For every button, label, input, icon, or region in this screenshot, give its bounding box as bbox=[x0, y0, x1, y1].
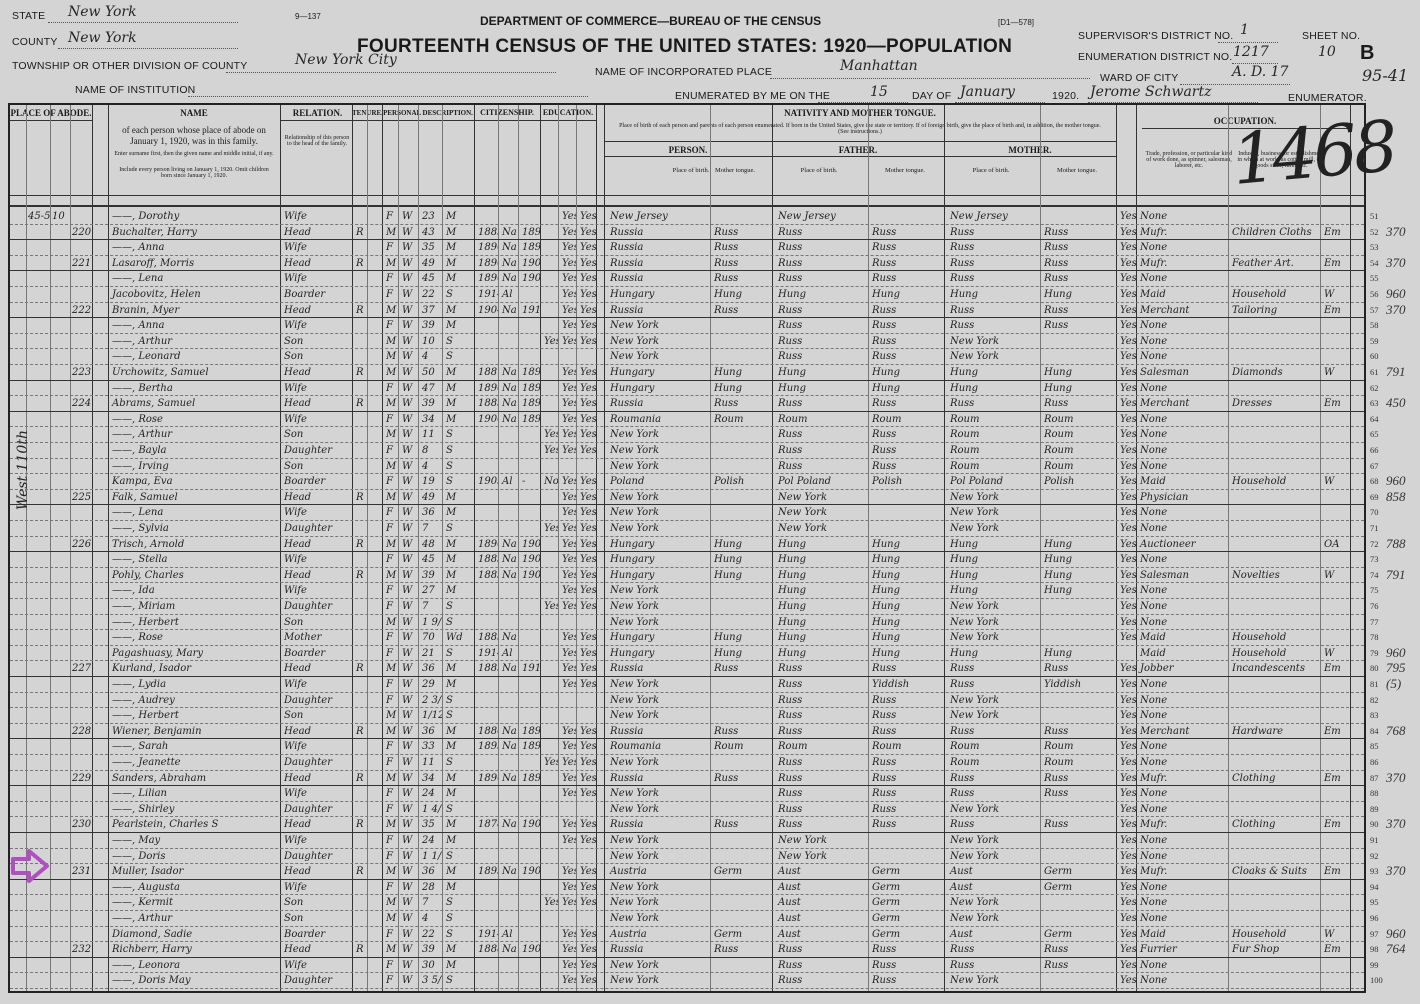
cell-race: W bbox=[400, 755, 418, 770]
cell-nat: Na bbox=[500, 630, 518, 645]
cell-name: ——, Leonard bbox=[110, 349, 280, 364]
cell-pob: New York bbox=[608, 833, 710, 848]
cell-mmt bbox=[1042, 973, 1116, 988]
cell-sex: M bbox=[384, 365, 398, 380]
cell-imm: 1886 bbox=[476, 724, 498, 739]
cell-dwelling bbox=[50, 646, 70, 661]
cell-fmt: Russ bbox=[870, 427, 944, 442]
cell-tenure bbox=[354, 646, 368, 661]
line-number: 96 bbox=[1370, 913, 1379, 923]
cell-occ: None bbox=[1138, 334, 1228, 349]
cell-natyr bbox=[520, 427, 540, 442]
cell-ms: S bbox=[444, 802, 474, 817]
cell-eng: Yes bbox=[1118, 677, 1136, 692]
cell-fmt bbox=[870, 849, 944, 864]
cell-school bbox=[542, 303, 558, 318]
cell-tenure: R bbox=[354, 365, 368, 380]
cell-age: 35 bbox=[420, 817, 442, 832]
cell-dwelling bbox=[50, 724, 70, 739]
cell-ind: Household bbox=[1230, 630, 1320, 645]
cell-sex: M bbox=[384, 568, 398, 583]
cell-write: Yes bbox=[578, 677, 596, 692]
cell-occ: None bbox=[1138, 505, 1228, 520]
cell-name: ——, Herbert bbox=[110, 708, 280, 723]
cell-ind bbox=[1230, 412, 1320, 427]
cell-ms: S bbox=[444, 849, 474, 864]
cell-ms: S bbox=[444, 349, 474, 364]
cell-occ: Salesman bbox=[1138, 365, 1228, 380]
cell-tenure bbox=[354, 880, 368, 895]
cell-sex: M bbox=[384, 895, 398, 910]
stamp-number: 1468 bbox=[1229, 105, 1398, 201]
cell-race: W bbox=[400, 864, 418, 879]
cell-name: Kampa, Eva bbox=[110, 474, 280, 489]
supervisor-line bbox=[1218, 42, 1278, 43]
cell-sex: M bbox=[384, 490, 398, 505]
cell-name: Muller, Isador bbox=[110, 864, 280, 879]
cell-fmt: Hung bbox=[870, 646, 944, 661]
cell-tenure: R bbox=[354, 490, 368, 505]
cell-mpob: Hung bbox=[948, 646, 1040, 661]
cell-family: 223 bbox=[70, 365, 92, 380]
cell-mt bbox=[712, 427, 772, 442]
cell-emp bbox=[1322, 209, 1350, 224]
cell-pob: Hungary bbox=[608, 646, 710, 661]
cell-occ: None bbox=[1138, 318, 1228, 333]
cell-mpob: Russ bbox=[948, 396, 1040, 411]
cell-dwelling bbox=[50, 755, 70, 770]
cell-fpob: Russ bbox=[776, 817, 868, 832]
cell-fpob: Russ bbox=[776, 771, 868, 786]
cell-race: W bbox=[400, 973, 418, 988]
cell-school bbox=[542, 849, 558, 864]
cell-mmt bbox=[1042, 833, 1116, 848]
cell-name: ——, Arthur bbox=[110, 911, 280, 926]
cell-rel: Head bbox=[282, 942, 352, 957]
cell-mt bbox=[712, 708, 772, 723]
cell-ms: M bbox=[444, 958, 474, 973]
cell-mmt bbox=[1042, 849, 1116, 864]
cell-school bbox=[542, 287, 558, 302]
cell-tenure bbox=[354, 911, 368, 926]
cell-house bbox=[26, 225, 50, 240]
cell-tenure bbox=[354, 802, 368, 817]
cell-rel: Boarder bbox=[282, 646, 352, 661]
cell-ind bbox=[1230, 381, 1320, 396]
cell-nat bbox=[500, 318, 518, 333]
sheet-label: SHEET NO. bbox=[1302, 30, 1360, 42]
cell-pob: Russia bbox=[608, 225, 710, 240]
cell-occ: None bbox=[1138, 583, 1228, 598]
cell-fpob: Hung bbox=[776, 552, 868, 567]
cell-fmt: Yiddish bbox=[870, 677, 944, 692]
occupation-code: 370 bbox=[1386, 302, 1406, 318]
cell-house bbox=[26, 973, 50, 988]
cell-occ: None bbox=[1138, 755, 1228, 770]
cell-tenure: R bbox=[354, 568, 368, 583]
cell-family bbox=[70, 287, 92, 302]
cell-mmt: Roum bbox=[1042, 427, 1116, 442]
cell-ms: M bbox=[444, 724, 474, 739]
occupation-code: 450 bbox=[1386, 395, 1406, 411]
cell-mt: Russ bbox=[712, 396, 772, 411]
cell-eng: Yes bbox=[1118, 630, 1136, 645]
cell-ind: Household bbox=[1230, 927, 1320, 942]
cell-pob: Russia bbox=[608, 396, 710, 411]
cell-family bbox=[70, 209, 92, 224]
cell-mt bbox=[712, 755, 772, 770]
cell-age: 49 bbox=[420, 256, 442, 271]
cell-ind bbox=[1230, 490, 1320, 505]
cell-house bbox=[26, 615, 50, 630]
cell-mpob: New York bbox=[948, 973, 1040, 988]
line-number: 64 bbox=[1370, 414, 1379, 424]
cell-dwelling bbox=[50, 427, 70, 442]
cell-nat: Na bbox=[500, 568, 518, 583]
cell-school bbox=[542, 459, 558, 474]
cell-race: W bbox=[400, 802, 418, 817]
cell-age: 4 bbox=[420, 349, 442, 364]
cell-eng: Yes bbox=[1118, 505, 1136, 520]
cell-pob: Russia bbox=[608, 942, 710, 957]
cell-emp bbox=[1322, 911, 1350, 926]
cell-house bbox=[26, 240, 50, 255]
cell-pob: New York bbox=[608, 880, 710, 895]
cell-name: Lasaroff, Morris bbox=[110, 256, 280, 271]
cell-sex: F bbox=[384, 849, 398, 864]
line-number: 58 bbox=[1370, 320, 1379, 330]
cell-house bbox=[26, 817, 50, 832]
cell-fpob: New York bbox=[776, 833, 868, 848]
cell-race: W bbox=[400, 459, 418, 474]
institution-line bbox=[188, 96, 588, 97]
cell-race: W bbox=[400, 599, 418, 614]
cell-nat: Na bbox=[500, 537, 518, 552]
cell-family bbox=[70, 615, 92, 630]
cell-rel: Wife bbox=[282, 412, 352, 427]
cell-fmt: Hung bbox=[870, 552, 944, 567]
cell-race: W bbox=[400, 817, 418, 832]
cell-name: ——, Jeanette bbox=[110, 755, 280, 770]
cell-mt: Hung bbox=[712, 381, 772, 396]
cell-rel: Daughter bbox=[282, 693, 352, 708]
cell-rel: Wife bbox=[282, 958, 352, 973]
cell-write: Yes bbox=[578, 552, 596, 567]
cell-family bbox=[70, 693, 92, 708]
cell-school bbox=[542, 817, 558, 832]
cell-imm bbox=[476, 599, 498, 614]
cell-fpob: Russ bbox=[776, 349, 868, 364]
cell-occ: Maid bbox=[1138, 646, 1228, 661]
cell-ind bbox=[1230, 240, 1320, 255]
line-number: 54 bbox=[1370, 258, 1379, 268]
township-line bbox=[226, 72, 556, 73]
cell-fpob: Hung bbox=[776, 599, 868, 614]
cell-dwelling bbox=[50, 225, 70, 240]
institution-label: NAME OF INSTITUTION bbox=[75, 84, 195, 96]
cell-sex: F bbox=[384, 973, 398, 988]
cell-rel: Head bbox=[282, 490, 352, 505]
cell-house bbox=[26, 599, 50, 614]
cell-nat: Al bbox=[500, 474, 518, 489]
cell-nat: Na bbox=[500, 412, 518, 427]
cell-mt bbox=[712, 849, 772, 864]
line-number: 74 bbox=[1370, 570, 1379, 580]
cell-nat: Al bbox=[500, 927, 518, 942]
cell-family: 229 bbox=[70, 771, 92, 786]
cell-school bbox=[542, 412, 558, 427]
cell-mmt: Russ bbox=[1042, 318, 1116, 333]
cell-eng: Yes bbox=[1118, 817, 1136, 832]
cell-eng: Yes bbox=[1118, 739, 1136, 754]
cell-mt: Russ bbox=[712, 240, 772, 255]
cell-dwelling bbox=[50, 942, 70, 957]
table-row: ——, ArthurSonMW10SYesYesYesNew YorkRussR… bbox=[10, 334, 1364, 350]
cell-natyr bbox=[520, 318, 540, 333]
cell-mt: Russ bbox=[712, 942, 772, 957]
cell-tenure bbox=[354, 334, 368, 349]
cell-fmt: Russ bbox=[870, 755, 944, 770]
cell-mpob: Roum bbox=[948, 739, 1040, 754]
table-row: ——, HerbertSonMW1/12SNew YorkRussRussNew… bbox=[10, 708, 1364, 724]
cell-school bbox=[542, 615, 558, 630]
cell-dwelling bbox=[50, 880, 70, 895]
cell-dwelling bbox=[50, 895, 70, 910]
cell-fpob: Hung bbox=[776, 537, 868, 552]
cell-rel: Head bbox=[282, 225, 352, 240]
cell-tenure bbox=[354, 786, 368, 801]
cell-tenure bbox=[354, 459, 368, 474]
cell-fpob: Hung bbox=[776, 615, 868, 630]
cell-nat bbox=[500, 693, 518, 708]
group-mother: MOTHER. bbox=[944, 141, 1116, 157]
cell-tenure bbox=[354, 833, 368, 848]
table-row: ——, LydiaWifeFW29MYesYesNew YorkRussYidd… bbox=[10, 677, 1364, 693]
cell-mpob: New York bbox=[948, 911, 1040, 926]
cell-sex: F bbox=[384, 599, 398, 614]
cell-read: Yes bbox=[560, 209, 576, 224]
cell-imm bbox=[476, 693, 498, 708]
cell-dwelling bbox=[50, 677, 70, 692]
c26-header: Trade, profession, or particular kind of… bbox=[1144, 151, 1234, 169]
cell-read: Yes bbox=[560, 895, 576, 910]
cell-ind: Dresses bbox=[1230, 396, 1320, 411]
cell-ind: Household bbox=[1230, 474, 1320, 489]
cell-age: 45 bbox=[420, 271, 442, 286]
cell-tenure bbox=[354, 552, 368, 567]
cell-read: Yes bbox=[560, 677, 576, 692]
cell-imm: 1890 bbox=[476, 256, 498, 271]
cell-read bbox=[560, 708, 576, 723]
cell-rel: Head bbox=[282, 864, 352, 879]
cell-race: W bbox=[400, 771, 418, 786]
cell-emp: Em bbox=[1322, 771, 1350, 786]
cell-age: 21 bbox=[420, 646, 442, 661]
cell-mpob: Russ bbox=[948, 225, 1040, 240]
group-relation: RELATION. bbox=[280, 105, 355, 121]
cell-emp bbox=[1322, 630, 1350, 645]
cell-ind bbox=[1230, 755, 1320, 770]
cell-fmt: Germ bbox=[870, 864, 944, 879]
cell-family: 224 bbox=[70, 396, 92, 411]
cell-imm bbox=[476, 755, 498, 770]
cell-nat: Na bbox=[500, 225, 518, 240]
cell-dwelling bbox=[50, 583, 70, 598]
cell-read: Yes bbox=[560, 365, 576, 380]
cell-tenure bbox=[354, 271, 368, 286]
cell-write: Yes bbox=[578, 880, 596, 895]
table-row: ——, BerthaWifeFW47M1890Na1895YesYesHunga… bbox=[10, 381, 1364, 397]
cell-rel: Mother bbox=[282, 630, 352, 645]
cell-school bbox=[542, 583, 558, 598]
cell-emp: Em bbox=[1322, 661, 1350, 676]
cell-read bbox=[560, 911, 576, 926]
cell-dwelling bbox=[50, 412, 70, 427]
cell-dwelling bbox=[50, 396, 70, 411]
cell-tenure bbox=[354, 927, 368, 942]
cell-dwelling bbox=[50, 303, 70, 318]
cell-ms: S bbox=[444, 427, 474, 442]
cell-nat: Na bbox=[500, 864, 518, 879]
cell-ms: M bbox=[444, 240, 474, 255]
cell-read: Yes bbox=[560, 771, 576, 786]
cell-imm bbox=[476, 209, 498, 224]
cell-read: Yes bbox=[560, 927, 576, 942]
cell-eng: Yes bbox=[1118, 599, 1136, 614]
cell-natyr bbox=[520, 583, 540, 598]
cell-pob: Russia bbox=[608, 271, 710, 286]
cell-pob: New York bbox=[608, 849, 710, 864]
cell-mpob: Russ bbox=[948, 240, 1040, 255]
cell-school bbox=[542, 661, 558, 676]
cell-emp bbox=[1322, 334, 1350, 349]
cell-house: 45-53 bbox=[26, 209, 50, 224]
cell-eng: Yes bbox=[1118, 396, 1136, 411]
cell-emp: Em bbox=[1322, 817, 1350, 832]
cell-mt: Hung bbox=[712, 287, 772, 302]
cell-house bbox=[26, 661, 50, 676]
cell-emp bbox=[1322, 583, 1350, 598]
cell-house bbox=[26, 287, 50, 302]
cell-school bbox=[542, 271, 558, 286]
cell-mpob: New York bbox=[948, 599, 1040, 614]
cell-emp bbox=[1322, 490, 1350, 505]
line-number: 99 bbox=[1370, 960, 1379, 970]
cell-age: 1 9/12 bbox=[420, 615, 442, 630]
cell-natyr bbox=[520, 786, 540, 801]
cell-imm: 1890 bbox=[476, 537, 498, 552]
cell-fpob: Aust bbox=[776, 911, 868, 926]
cell-family bbox=[70, 646, 92, 661]
cell-eng: Yes bbox=[1118, 490, 1136, 505]
cell-family bbox=[70, 412, 92, 427]
cell-name: Wiener, Benjamin bbox=[110, 724, 280, 739]
cell-emp bbox=[1322, 739, 1350, 754]
cell-dwelling bbox=[50, 786, 70, 801]
cell-ind: Feather Art. bbox=[1230, 256, 1320, 271]
year-value: 1920. bbox=[1052, 90, 1079, 102]
cell-sex: F bbox=[384, 802, 398, 817]
line-number: 56 bbox=[1370, 289, 1379, 299]
cell-tenure bbox=[354, 693, 368, 708]
cell-imm bbox=[476, 833, 498, 848]
cell-rel: Wife bbox=[282, 318, 352, 333]
cell-race: W bbox=[400, 474, 418, 489]
cell-name: ——, Ida bbox=[110, 583, 280, 598]
cell-write: Yes bbox=[578, 287, 596, 302]
sheet-letter: B bbox=[1360, 42, 1374, 65]
cell-tenure bbox=[354, 895, 368, 910]
cell-house bbox=[26, 568, 50, 583]
cell-fpob: New York bbox=[776, 849, 868, 864]
cell-rel: Boarder bbox=[282, 927, 352, 942]
cell-fmt: Russ bbox=[870, 661, 944, 676]
line-number: 89 bbox=[1370, 804, 1379, 814]
cell-dwelling bbox=[50, 849, 70, 864]
cell-nat bbox=[500, 521, 518, 536]
cell-imm: 1890 bbox=[476, 271, 498, 286]
cell-tenure bbox=[354, 739, 368, 754]
cell-write: Yes bbox=[578, 817, 596, 832]
cell-age: 7 bbox=[420, 521, 442, 536]
cell-eng: Yes bbox=[1118, 864, 1136, 879]
cell-dwelling bbox=[50, 271, 70, 286]
line-number: 82 bbox=[1370, 695, 1379, 705]
cell-mt bbox=[712, 693, 772, 708]
line-number: 57 bbox=[1370, 305, 1379, 315]
cell-fpob: Hung bbox=[776, 646, 868, 661]
cell-occ: None bbox=[1138, 240, 1228, 255]
cell-rel: Head bbox=[282, 568, 352, 583]
line-number: 93 bbox=[1370, 866, 1379, 876]
cell-fmt: Hung bbox=[870, 615, 944, 630]
cell-ms: M bbox=[444, 864, 474, 879]
line-number: 94 bbox=[1370, 882, 1379, 892]
cell-natyr bbox=[520, 287, 540, 302]
cell-fpob: Hung bbox=[776, 583, 868, 598]
cell-mpob: New York bbox=[948, 849, 1040, 864]
cell-imm bbox=[476, 911, 498, 926]
cell-house bbox=[26, 739, 50, 754]
cell-write: Yes bbox=[578, 225, 596, 240]
cell-race: W bbox=[400, 256, 418, 271]
cell-family bbox=[70, 973, 92, 988]
cell-emp bbox=[1322, 349, 1350, 364]
cell-rel: Son bbox=[282, 349, 352, 364]
cell-nat bbox=[500, 708, 518, 723]
cell-pob: Roumania bbox=[608, 739, 710, 754]
line-number: 71 bbox=[1370, 523, 1379, 533]
cell-ind bbox=[1230, 615, 1320, 630]
cell-house bbox=[26, 958, 50, 973]
cell-family bbox=[70, 459, 92, 474]
cell-eng: Yes bbox=[1118, 583, 1136, 598]
cell-eng: Yes bbox=[1118, 381, 1136, 396]
cell-eng: Yes bbox=[1118, 615, 1136, 630]
cell-write: Yes bbox=[578, 599, 596, 614]
cell-nat bbox=[500, 833, 518, 848]
cell-mt bbox=[712, 459, 772, 474]
cell-nat bbox=[500, 459, 518, 474]
cell-mt: Roum bbox=[712, 412, 772, 427]
cell-fpob: Russ bbox=[776, 303, 868, 318]
cell-race: W bbox=[400, 677, 418, 692]
cell-occ: None bbox=[1138, 443, 1228, 458]
cell-ind bbox=[1230, 334, 1320, 349]
line-number: 79 bbox=[1370, 648, 1379, 658]
cell-fpob: Russ bbox=[776, 755, 868, 770]
cell-house bbox=[26, 537, 50, 552]
